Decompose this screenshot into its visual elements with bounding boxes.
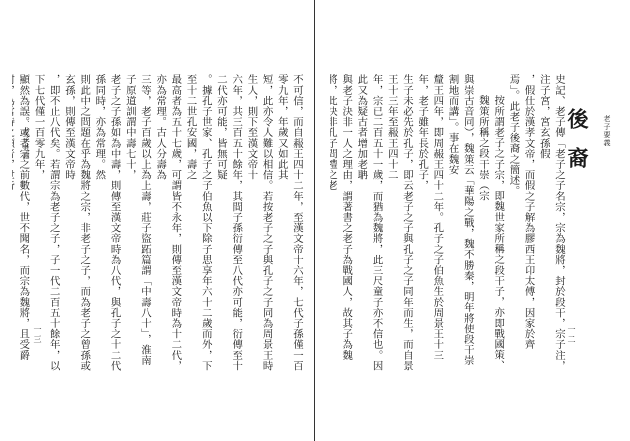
page-number: 一二 bbox=[566, 325, 577, 345]
book-spread: 一、老子考證 不可信，而自赧王四十二年，至漢文帝十六年，七代子孫僅一百零九年，年… bbox=[0, 0, 630, 441]
text-column: 短，此亦令人難以相信。若按老子之子與孔子之子同為周景王時生人，則下至漢文帝十 bbox=[243, 74, 273, 374]
text-column: 。據孔子世家、孔子之子伯魚以下除子思享年六十二歲而外，下至十二世孔安國，壽之 bbox=[182, 74, 212, 374]
text-column: 老子之子孫如為中壽，則傳至漢文帝時為八代，與孔子之十二代孫同時，亦為常理。然 bbox=[91, 74, 121, 374]
running-head: 老子要義 bbox=[602, 115, 612, 147]
text-column: 生子未必先於孔子，即云老子之子與孔子之子同年而生，而自景王十三年至赧王四十二 bbox=[384, 74, 414, 374]
text-column: 按所謂老子之子宗，即魏世家所稱之段干子，亦即戰國策、魏策所稱之段干崇（宗 bbox=[475, 74, 505, 374]
text-column: 史記、老子傳「老子之子名宗，宗為魏將，封於段干，宗子注，注子宮，宮玄孫假 bbox=[536, 74, 566, 374]
text-column: 顯然為誤。或者宗之前數代，世不聞名，而宗為魏將，且受爵封，為當時之顯者，世皆 bbox=[12, 74, 30, 374]
text-column: 不可信，而自赧王四十二年，至漢文帝十六年，七代子孫僅一百零九年，年歲又如此其 bbox=[274, 74, 304, 374]
text-column: 最高者為五十七歲，可謂皆不永年，則傳至漢文帝時為十二代，亦為常理。古人分壽為 bbox=[152, 74, 182, 374]
text-column: 與老子決非一人之理由，謂著書之老子為戰國人，故其子為魏將，此決非孔子問禮之老 bbox=[330, 74, 353, 374]
body-text: 不可信，而自赧王四十二年，至漢文帝十六年，七代子孫僅一百零九年，年歲又如此其 短… bbox=[12, 74, 304, 374]
text-column: 與崇古音同），魏策云「華陽之戰，魏不勝秦，明年將使段干崇割地而講」。事在魏安 bbox=[444, 74, 474, 374]
text-column: 三等，老子百歲以上為上壽，莊子盜跖篇謂「中壽八十」，淮南子原道訓謂中壽七十， bbox=[122, 74, 152, 374]
body-text: 史記、老子傳「老子之子名宗，宗為魏將，封於段干，宗子注，注子宮，宮玄孫假 ，假仕… bbox=[330, 74, 566, 374]
text-column: ，假仕於漢孝文帝，而假之子解為膠西王卬太傅，因家於齊焉」。此老子後裔之簡述。 bbox=[505, 74, 535, 374]
text-column: 年，宗已二百五十一歲，而猶為魏將，此三尺童子亦不信也。因此又為疑古者增加老聃 bbox=[353, 74, 383, 374]
right-page: 老子要義 後裔 史記、老子傳「老子之子名宗，宗為魏將，封於段干，宗子注，注子宮，… bbox=[315, 0, 630, 441]
section-title: 後裔 bbox=[566, 108, 588, 186]
left-page: 一、老子考證 不可信，而自赧王四十二年，至漢文帝十六年，七代子孫僅一百零九年，年… bbox=[0, 0, 314, 441]
page-number: 一三 bbox=[32, 325, 43, 345]
text-column: 六年，共三百五十餘年，其間子孫衍傳至八代亦可能，衍傳至十二代亦可能，皆無可疑 bbox=[213, 74, 243, 374]
text-column: 釐王四年，即周赧王四十二年。孔子之子伯魚生於周景王十三年，老子雖年長於孔子， bbox=[414, 74, 444, 374]
text-column: 則此中之問題在乎為魏將之宗，非老子之子，而為老子之曾孫或玄孫，則傳至漢文帝時 bbox=[61, 74, 91, 374]
